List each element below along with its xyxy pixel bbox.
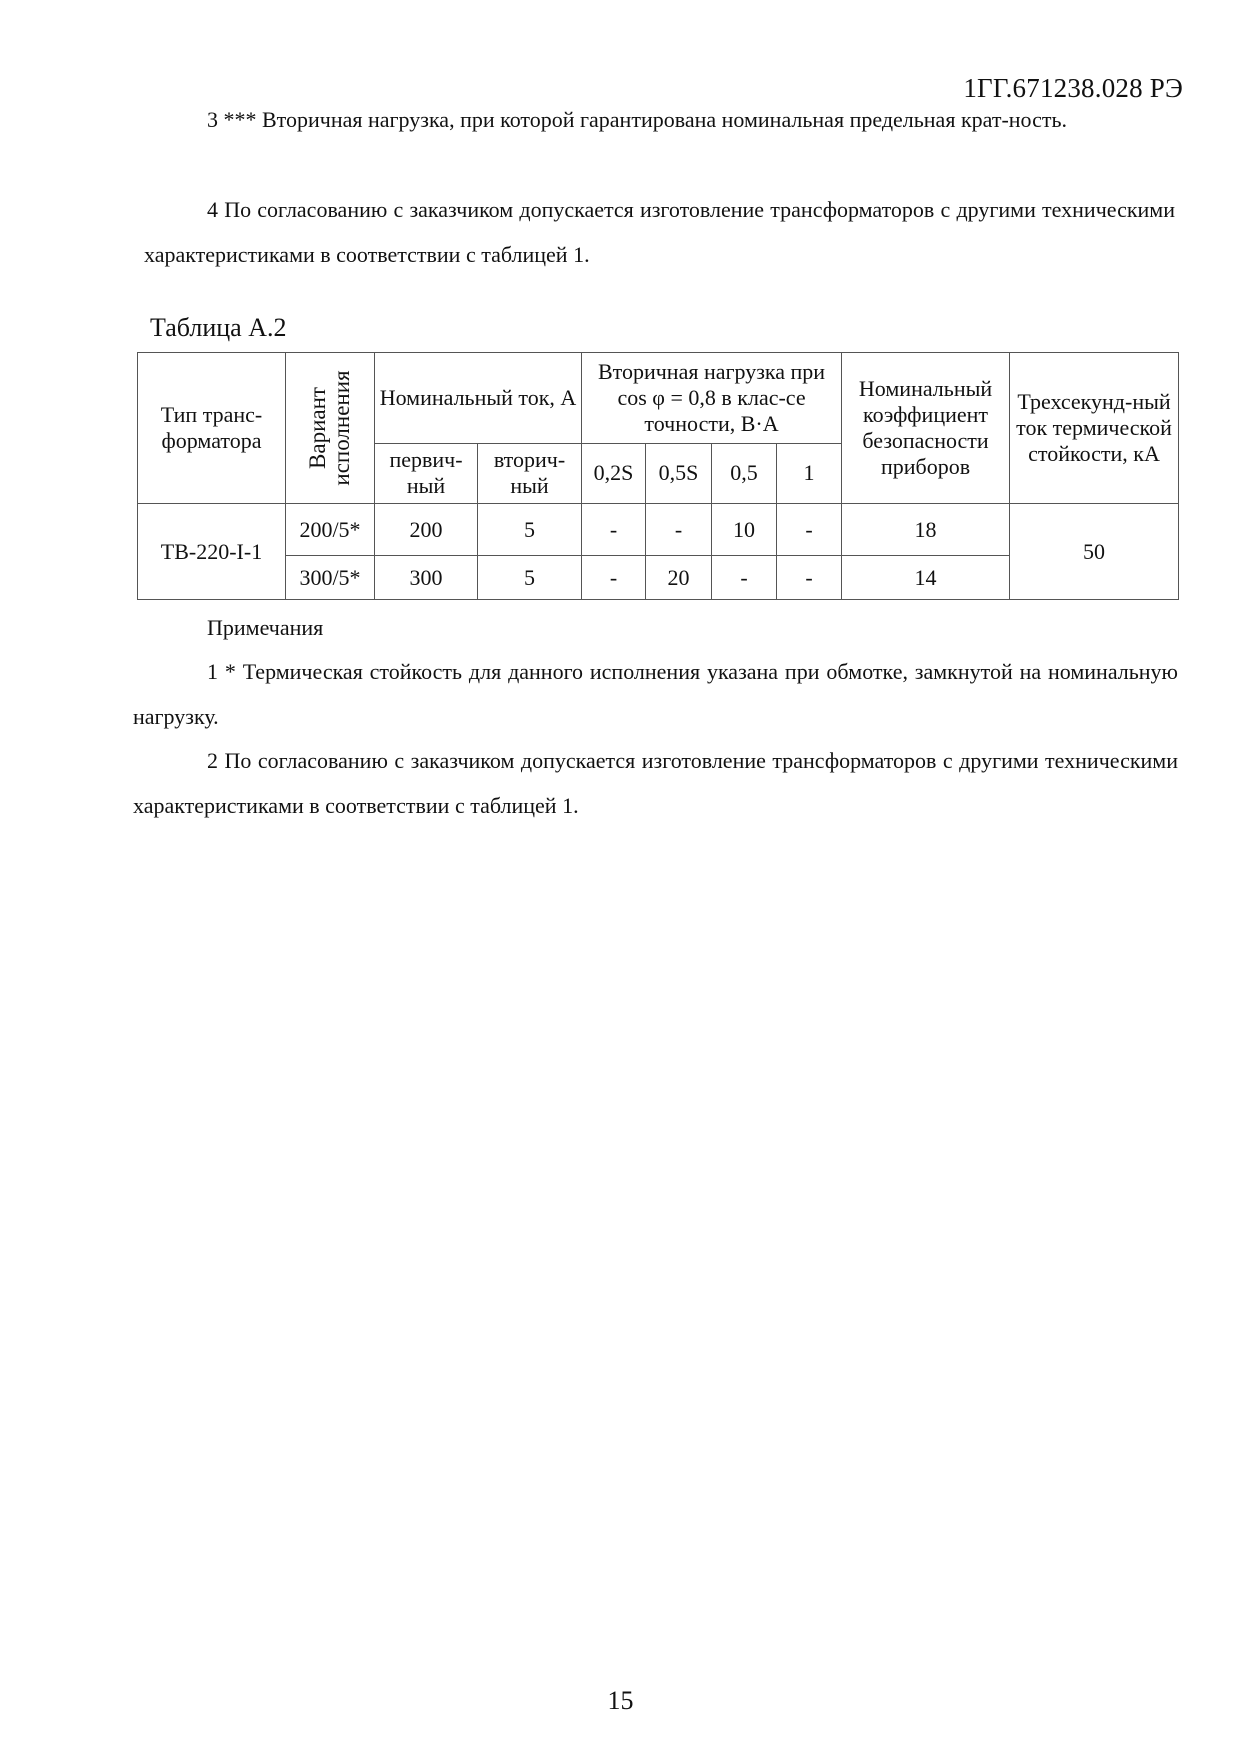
cell-class-1: - bbox=[777, 556, 842, 600]
note-item-2: 2 По согласованию с заказчиком допускает… bbox=[133, 739, 1178, 828]
cell-safety: 18 bbox=[842, 504, 1010, 556]
cell-class-02S: - bbox=[582, 504, 646, 556]
header-secondary: вторич-ный bbox=[478, 443, 582, 503]
header-secondary-load: Вторичная нагрузка при cos φ = 0,8 в кла… bbox=[582, 353, 842, 444]
note-4-paragraph: 4 По согласованию с заказчиком допускает… bbox=[144, 188, 1175, 277]
table-caption: Таблица А.2 bbox=[150, 312, 286, 344]
header-class-02S: 0,2S bbox=[582, 443, 646, 503]
cell-type: ТВ-220-I-1 bbox=[138, 504, 286, 600]
header-variant-text: Вариант исполнения bbox=[306, 363, 354, 493]
cell-safety: 14 bbox=[842, 556, 1010, 600]
table-row: ТВ-220-I-1 200/5* 200 5 - - 10 - 18 50 bbox=[138, 504, 1179, 556]
header-thermal-current: Трехсекунд-ный ток термической стойкости… bbox=[1010, 353, 1179, 504]
note-item-2-text: 2 По согласованию с заказчиком допускает… bbox=[133, 748, 1178, 818]
header-class-05S: 0,5S bbox=[646, 443, 712, 503]
cell-variant: 200/5* bbox=[286, 504, 375, 556]
cell-primary: 300 bbox=[375, 556, 478, 600]
cell-class-05: - bbox=[712, 556, 777, 600]
cell-thermal: 50 bbox=[1010, 504, 1179, 600]
cell-class-05: 10 bbox=[712, 504, 777, 556]
header-variant: Вариант исполнения bbox=[286, 353, 375, 504]
spec-table: Тип транс-форматора Вариант исполнения Н… bbox=[137, 352, 1179, 600]
cell-secondary: 5 bbox=[478, 504, 582, 556]
header-class-1: 1 bbox=[777, 443, 842, 503]
header-nominal-current: Номинальный ток, А bbox=[375, 353, 582, 444]
note-item-1: 1 * Термическая стойкость для данного ис… bbox=[133, 650, 1178, 739]
header-class-05: 0,5 bbox=[712, 443, 777, 503]
note-item-1-text: 1 * Термическая стойкость для данного ис… bbox=[133, 659, 1178, 729]
cell-class-02S: - bbox=[582, 556, 646, 600]
header-type: Тип транс-форматора bbox=[138, 353, 286, 504]
cell-class-05S: - bbox=[646, 504, 712, 556]
notes-title: Примечания bbox=[207, 606, 323, 650]
header-safety-factor: Номинальный коэффициент безопасности при… bbox=[842, 353, 1010, 504]
cell-secondary: 5 bbox=[478, 556, 582, 600]
cell-class-1: - bbox=[777, 504, 842, 556]
cell-variant: 300/5* bbox=[286, 556, 375, 600]
cell-class-05S: 20 bbox=[646, 556, 712, 600]
header-primary: первич-ный bbox=[375, 443, 478, 503]
note-3-paragraph: 3 *** Вторичная нагрузка, при которой га… bbox=[144, 98, 1175, 143]
cell-primary: 200 bbox=[375, 504, 478, 556]
note-4-text: 4 По согласованию с заказчиком допускает… bbox=[144, 197, 1175, 267]
note-3-text: 3 *** Вторичная нагрузка, при которой га… bbox=[207, 107, 1067, 132]
page-number: 15 bbox=[0, 1686, 1241, 1716]
